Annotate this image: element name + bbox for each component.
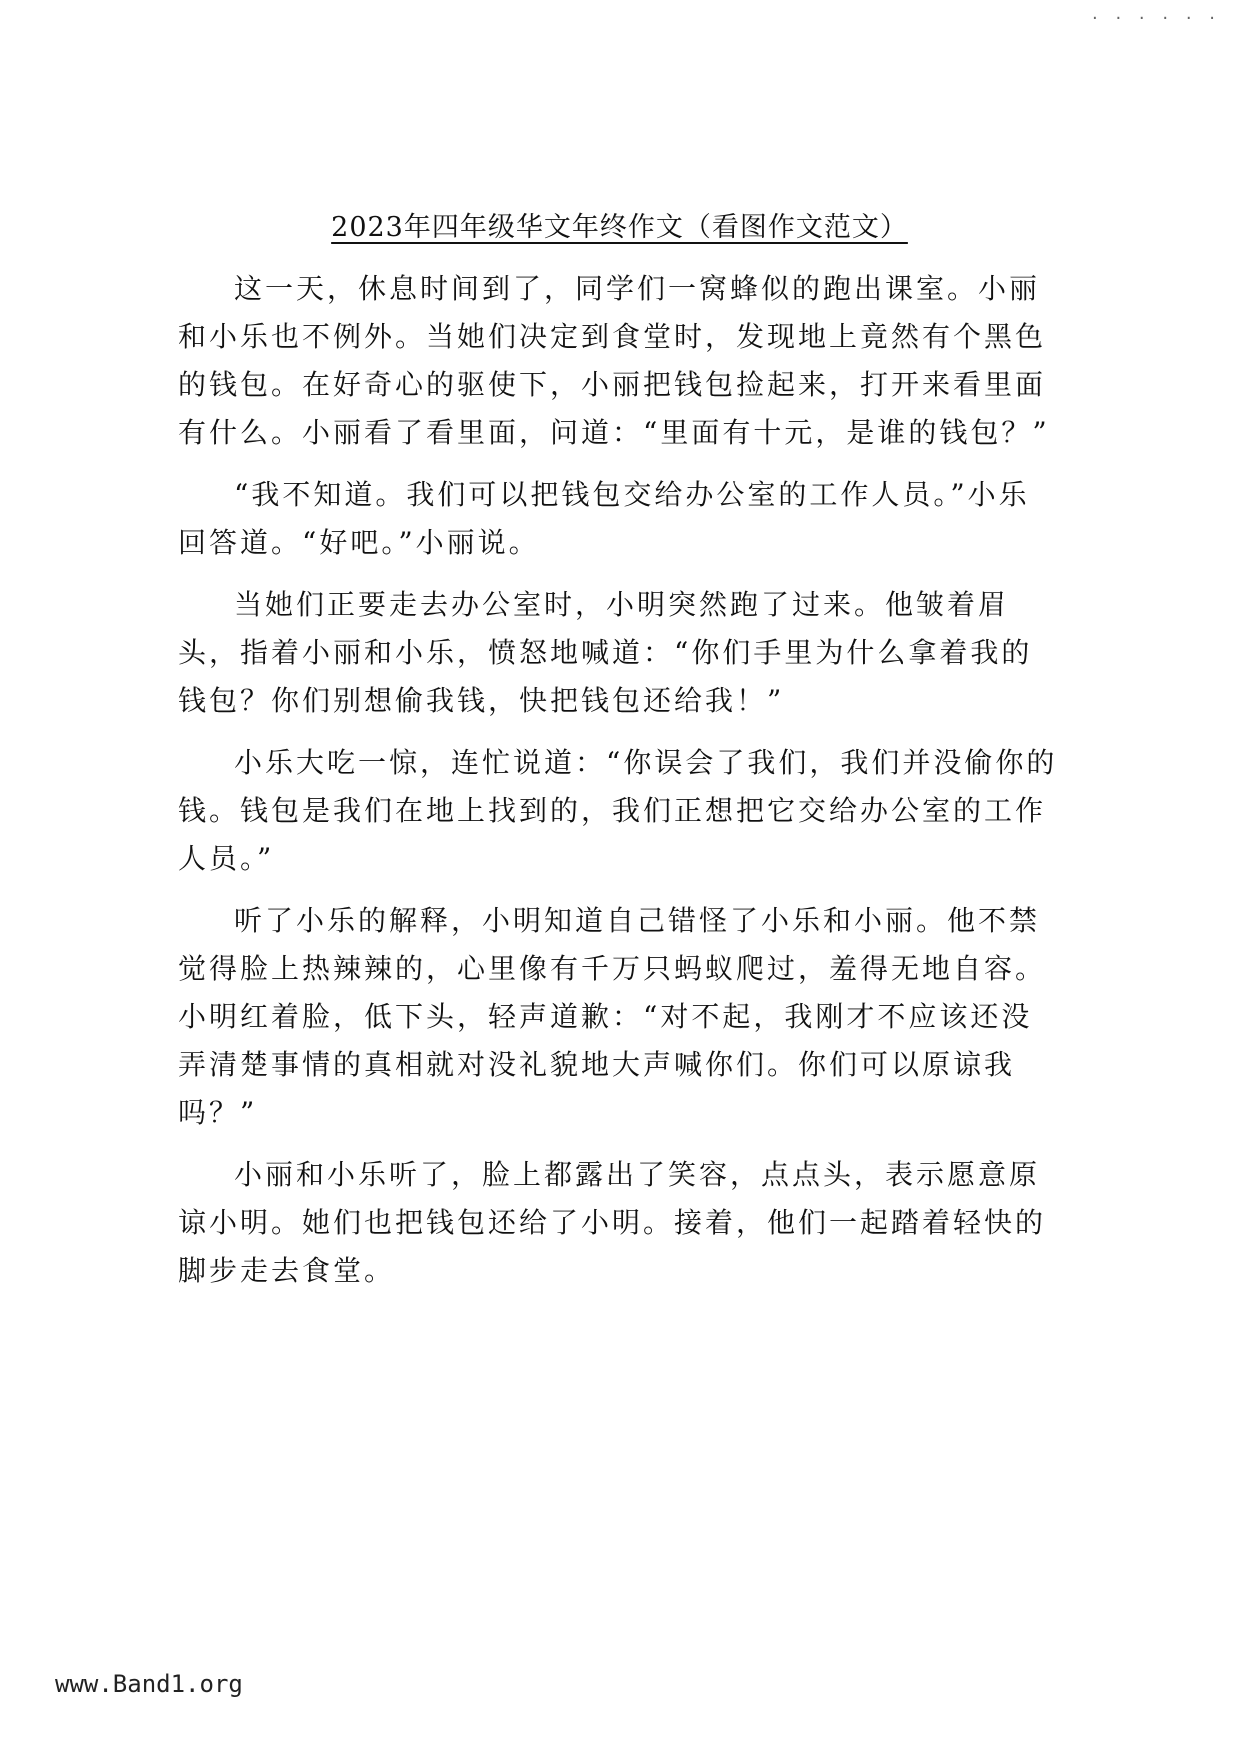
document-page: · · · · · · 2023年四年级华文年终作文（看图作文范文） 这一天，休… (0, 0, 1239, 1754)
scan-noise-dots: · · · · · · (1092, 8, 1221, 29)
paragraph-4: 小乐大吃一惊，连忙说道：“你误会了我们，我们并没偷你的钱。钱包是我们在地上找到的… (178, 739, 1058, 883)
paragraph-5: 听了小乐的解释，小明知道自己错怪了小乐和小丽。他不禁觉得脸上热辣辣的，心里像有千… (178, 897, 1058, 1137)
document-title: 2023年四年级华文年终作文（看图作文范文） (0, 205, 1239, 244)
paragraph-2: “我不知道。我们可以把钱包交给办公室的工作人员。”小乐回答道。“好吧。”小丽说。 (178, 471, 1058, 567)
paragraph-1: 这一天，休息时间到了，同学们一窝蜂似的跑出课室。小丽和小乐也不例外。当她们决定到… (178, 265, 1058, 457)
title-text: 2023年四年级华文年终作文（看图作文范文） (331, 212, 908, 243)
footer-watermark: www.Band1.org (55, 1670, 243, 1698)
essay-body: 这一天，休息时间到了，同学们一窝蜂似的跑出课室。小丽和小乐也不例外。当她们决定到… (178, 265, 1058, 1309)
paragraph-6: 小丽和小乐听了，脸上都露出了笑容，点点头，表示愿意原谅小明。她们也把钱包还给了小… (178, 1151, 1058, 1295)
paragraph-3: 当她们正要走去办公室时，小明突然跑了过来。他皱着眉头，指着小丽和小乐，愤怒地喊道… (178, 581, 1058, 725)
